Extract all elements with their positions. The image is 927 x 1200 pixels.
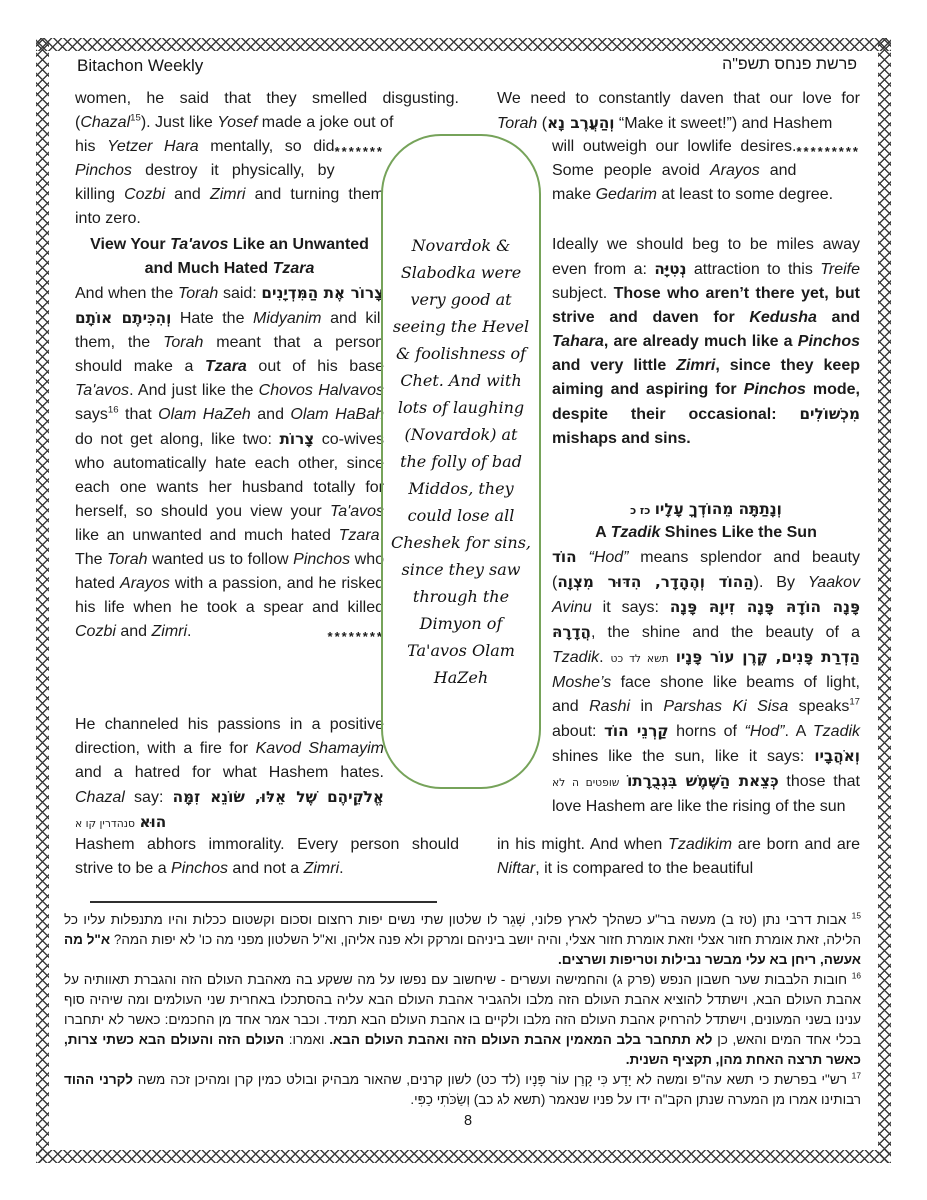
footnote-16: 16 חובות הלבבות שער חשבון הנפש (פרק ג) ו… bbox=[64, 970, 861, 1070]
footnote-16-text: חובות הלבבות שער חשבון הנפש (פרק ג) והחמ… bbox=[64, 972, 861, 1067]
right-paragraph-4-wide: in his might. And when Tzadikim are born… bbox=[497, 833, 860, 881]
right-paragraph-1-narrow: *********will outweigh our lowlife desir… bbox=[552, 135, 860, 207]
footnote-15: 15 אבות דרבי נתן (טז ב) מעשה בר"ע כשהלך … bbox=[64, 910, 861, 970]
footnote-17: 17 רש"י בפרשת כי תשא עה"פ ומשה לא יָדַע … bbox=[64, 1070, 861, 1110]
document-page: Bitachon Weekly פרשת פנחס תשפ"ה women, h… bbox=[0, 0, 927, 1200]
page-number: 8 bbox=[75, 1113, 861, 1129]
left-paragraph-1-wide: women, he said that they smelled disgust… bbox=[75, 87, 459, 135]
footnote-15-number: 15 bbox=[852, 911, 861, 921]
footnotes: 15 אבות דרבי נתן (טז ב) מעשה בר"ע כשהלך … bbox=[64, 910, 861, 1110]
right-paragraph-1-wide: We need to constantly daven that our lov… bbox=[497, 87, 860, 136]
page-border-right bbox=[878, 38, 891, 1163]
right-heading-english: A Tzadik Shines Like the Sun bbox=[552, 521, 860, 545]
header-title: Bitachon Weekly bbox=[77, 56, 203, 76]
footnote-17-number: 17 bbox=[852, 1071, 861, 1081]
footnote-15-text: אבות דרבי נתן (טז ב) מעשה בר"ע כשהלך לאר… bbox=[64, 912, 861, 967]
pull-quote-text: Novardok & Slabodka were very good at se… bbox=[383, 232, 539, 691]
right-heading-hebrew: וְנָתַתָּה מֵהוֹדְךָ עָלָיו כז כ bbox=[552, 497, 860, 523]
left-paragraph-2: And when the Torah said: צָרוֹר אֶת הַמִ… bbox=[75, 281, 384, 649]
pull-quote-oval: Novardok & Slabodka were very good at se… bbox=[381, 134, 541, 789]
footnote-16-number: 16 bbox=[852, 971, 861, 981]
page-border-left bbox=[36, 38, 49, 1163]
footnote-17-text: רש"י בפרשת כי תשא עה"פ ומשה לא יָדַע כִּ… bbox=[64, 1072, 861, 1107]
left-section-heading: View Your Ta'avos Like an Unwanted and M… bbox=[75, 233, 384, 281]
right-paragraph-3: הוֹד “Hod” means splendor and beauty (הַ… bbox=[552, 545, 860, 819]
left-paragraph-1-narrow: *******his Yetzer Hara mentally, so did … bbox=[75, 135, 384, 231]
right-paragraph-2: Ideally we should beg to be miles away e… bbox=[552, 233, 860, 451]
footnote-separator bbox=[90, 901, 437, 903]
left-paragraph-4-wide: Hashem abhors immorality. Every person s… bbox=[75, 833, 459, 881]
header-parsha: פרשת פנחס תשפ"ה bbox=[722, 56, 857, 74]
page-border-top bbox=[36, 38, 891, 51]
left-paragraph-3: He channeled his passions in a positive … bbox=[75, 713, 384, 836]
page-border-bottom bbox=[36, 1150, 891, 1163]
